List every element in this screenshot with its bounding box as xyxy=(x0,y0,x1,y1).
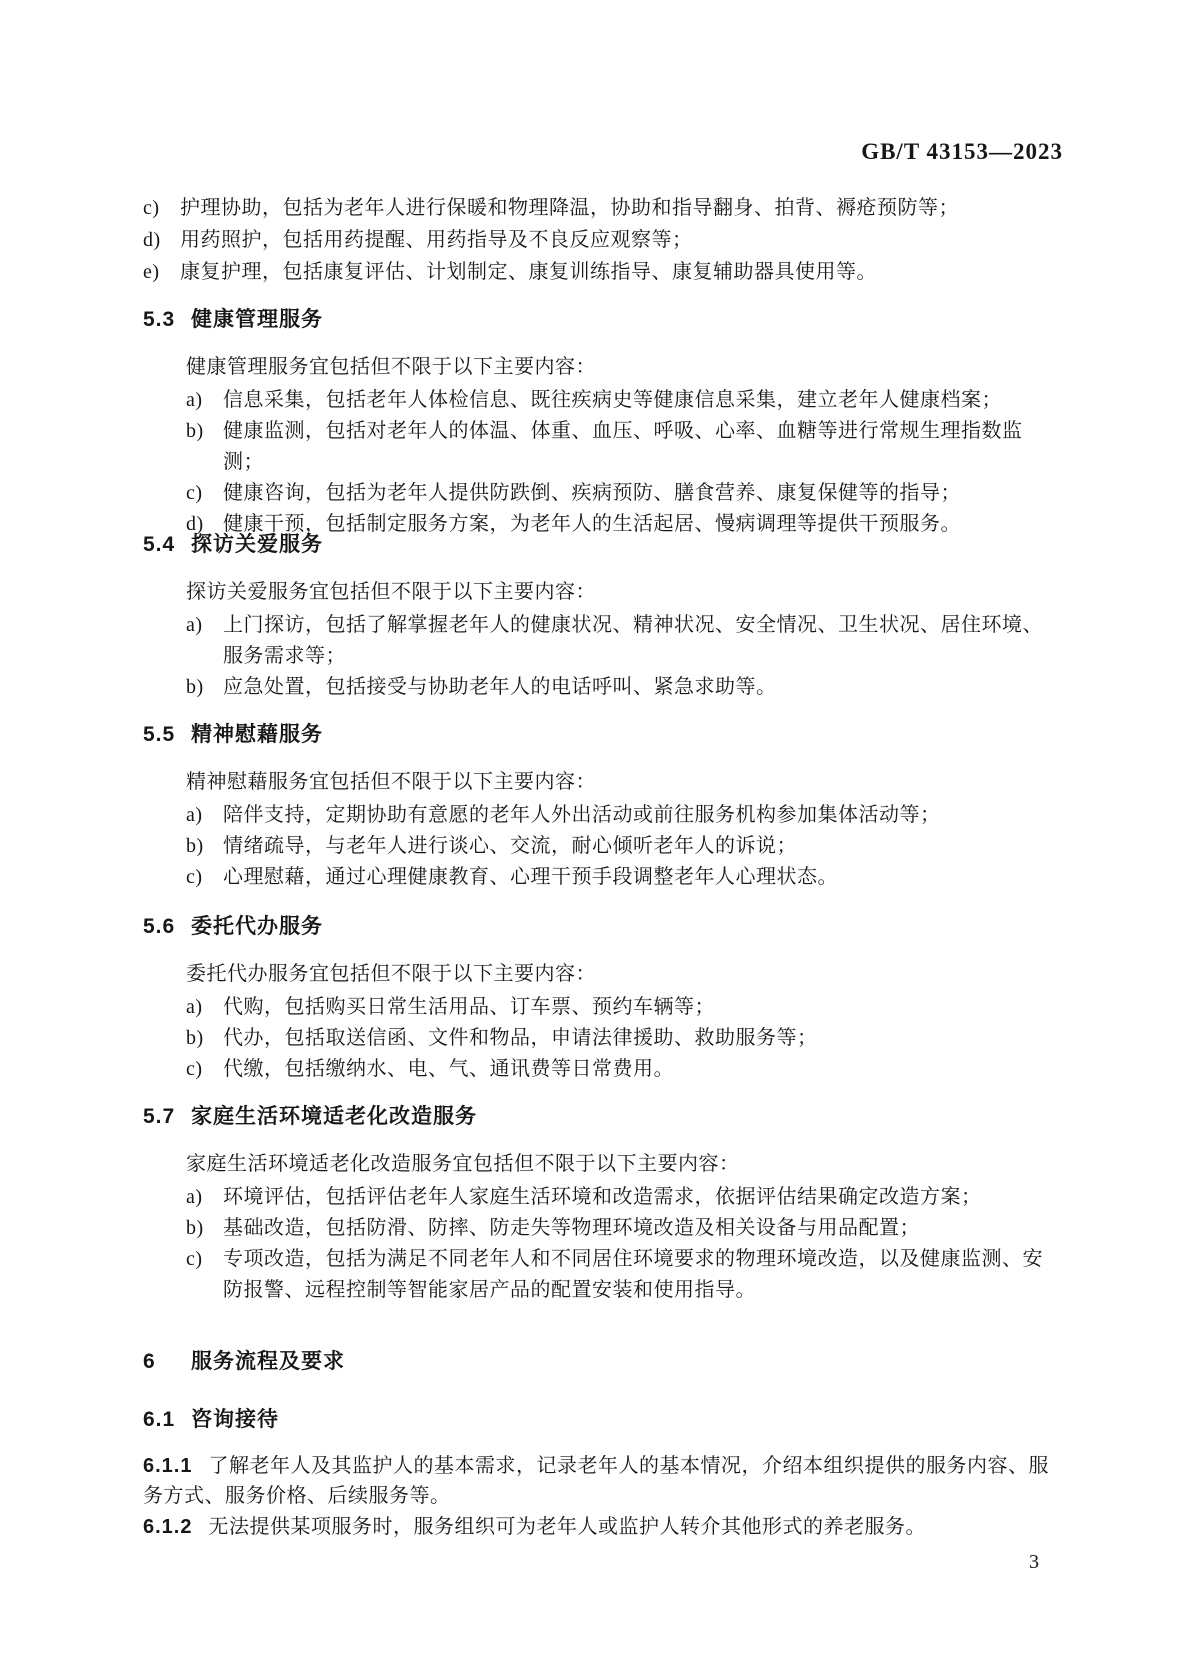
list-item-text: 上门探访，包括了解掌握老年人的健康状况、精神状况、安全情况、卫生状况、居住环境、… xyxy=(223,610,1063,672)
section-list: a) 环境评估，包括评估老年人家庭生活环境和改造需求，依据评估结果确定改造方案；… xyxy=(143,1182,1063,1306)
clause-6-1-1: 6.1.1了解老年人及其监护人的基本需求，记录老年人的基本情况，介绍本组织提供的… xyxy=(143,1451,1063,1511)
section-number: 5.4 xyxy=(143,531,191,559)
list-item-text: 代办，包括取送信函、文件和物品，申请法律援助、救助服务等； xyxy=(223,1023,1063,1054)
clause-6-1-2: 6.1.2无法提供某项服务时，服务组织可为老年人或监护人转介其他形式的养老服务。 xyxy=(143,1512,1063,1542)
section-list: a) 上门探访，包括了解掌握老年人的健康状况、精神状况、安全情况、卫生状况、居住… xyxy=(143,610,1063,703)
list-item-marker: a) xyxy=(186,385,223,416)
section-5-3: 5.3 健康管理服务 健康管理服务宜包括但不限于以下主要内容： a) 信息采集，… xyxy=(143,306,1063,540)
list-item-marker: b) xyxy=(186,416,223,478)
list-item-text: 代缴，包括缴纳水、电、气、通讯费等日常费用。 xyxy=(223,1054,1063,1085)
section-number: 6.1 xyxy=(143,1406,191,1434)
list-item-marker: b) xyxy=(186,831,223,862)
list-item-marker: c) xyxy=(186,478,223,509)
section-title: 健康管理服务 xyxy=(191,306,323,334)
document-page: GB/T 43153—2023 c) 护理协助，包括为老年人进行保暖和物理降温，… xyxy=(0,0,1190,1680)
list-item: b) 情绪疏导，与老年人进行谈心、交流，耐心倾听老年人的诉说； xyxy=(186,831,1063,862)
list-item-marker: a) xyxy=(186,1182,223,1213)
list-item: a) 环境评估，包括评估老年人家庭生活环境和改造需求，依据评估结果确定改造方案； xyxy=(186,1182,1063,1213)
standard-code: GB/T 43153—2023 xyxy=(143,139,1063,165)
list-item: a) 陪伴支持，定期协助有意愿的老年人外出活动或前往服务机构参加集体活动等； xyxy=(186,800,1063,831)
clause-text: 无法提供某项服务时，服务组织可为老年人或监护人转介其他形式的养老服务。 xyxy=(208,1516,926,1538)
list-item: c) 代缴，包括缴纳水、电、气、通讯费等日常费用。 xyxy=(186,1054,1063,1085)
list-item: c) 专项改造，包括为满足不同老年人和不同居住环境要求的物理环境改造，以及健康监… xyxy=(186,1244,1063,1306)
list-item-marker: c) xyxy=(143,192,180,224)
list-item: c) 护理协助，包括为老年人进行保暖和物理降温，协助和指导翻身、拍背、褥疮预防等… xyxy=(143,192,1063,224)
list-item-marker: c) xyxy=(186,1244,223,1306)
list-item-text: 用药照护，包括用药提醒、用药指导及不良反应观察等； xyxy=(180,224,1063,256)
section-heading: 5.5 精神慰藉服务 xyxy=(143,721,1063,749)
section-heading: 5.6 委托代办服务 xyxy=(143,913,1063,941)
list-item: e) 康复护理，包括康复评估、计划制定、康复训练指导、康复辅助器具使用等。 xyxy=(143,256,1063,288)
list-item-text: 情绪疏导，与老年人进行谈心、交流，耐心倾听老年人的诉说； xyxy=(223,831,1063,862)
section-5-7: 5.7 家庭生活环境适老化改造服务 家庭生活环境适老化改造服务宜包括但不限于以下… xyxy=(143,1103,1063,1306)
list-item-marker: b) xyxy=(186,672,223,703)
section-number: 5.7 xyxy=(143,1103,191,1131)
section-list: a) 信息采集，包括老年人体检信息、既往疾病史等健康信息采集，建立老年人健康档案… xyxy=(143,385,1063,540)
list-item-text: 代购，包括购买日常生活用品、订车票、预约车辆等； xyxy=(223,992,1063,1023)
section-intro: 委托代办服务宜包括但不限于以下主要内容： xyxy=(143,960,1063,988)
section-title: 委托代办服务 xyxy=(191,913,323,941)
list-item-marker: c) xyxy=(186,862,223,893)
list-item-marker: c) xyxy=(186,1054,223,1085)
section-5-5: 5.5 精神慰藉服务 精神慰藉服务宜包括但不限于以下主要内容： a) 陪伴支持，… xyxy=(143,721,1063,893)
list-item-marker: b) xyxy=(186,1213,223,1244)
chapter-title: 服务流程及要求 xyxy=(191,1348,345,1376)
section-heading: 5.4 探访关爱服务 xyxy=(143,531,1063,559)
clause-number: 6.1.2 xyxy=(143,1516,192,1538)
section-intro: 精神慰藉服务宜包括但不限于以下主要内容： xyxy=(143,768,1063,796)
list-item-marker: b) xyxy=(186,1023,223,1054)
section-number: 5.6 xyxy=(143,913,191,941)
page-number: 3 xyxy=(1014,1548,1054,1576)
list-item-text: 环境评估，包括评估老年人家庭生活环境和改造需求，依据评估结果确定改造方案； xyxy=(223,1182,1063,1213)
section-title: 家庭生活环境适老化改造服务 xyxy=(191,1103,477,1131)
section-list: a) 代购，包括购买日常生活用品、订车票、预约车辆等； b) 代办，包括取送信函… xyxy=(143,992,1063,1085)
section-heading: 5.3 健康管理服务 xyxy=(143,306,1063,334)
list-item: a) 上门探访，包括了解掌握老年人的健康状况、精神状况、安全情况、卫生状况、居住… xyxy=(186,610,1063,672)
list-item-text: 信息采集，包括老年人体检信息、既往疾病史等健康信息采集，建立老年人健康档案； xyxy=(223,385,1063,416)
section-number: 5.3 xyxy=(143,306,191,334)
list-item-text: 陪伴支持，定期协助有意愿的老年人外出活动或前往服务机构参加集体活动等； xyxy=(223,800,1063,831)
list-item: b) 代办，包括取送信函、文件和物品，申请法律援助、救助服务等； xyxy=(186,1023,1063,1054)
list-item-text: 护理协助，包括为老年人进行保暖和物理降温，协助和指导翻身、拍背、褥疮预防等； xyxy=(180,192,1063,224)
list-item-text: 专项改造，包括为满足不同老年人和不同居住环境要求的物理环境改造，以及健康监测、安… xyxy=(223,1244,1063,1306)
section-number: 5.5 xyxy=(143,721,191,749)
list-item-marker: a) xyxy=(186,800,223,831)
list-item-marker: d) xyxy=(143,224,180,256)
list-item-text: 健康监测，包括对老年人的体温、体重、血压、呼吸、心率、血糖等进行常规生理指数监测… xyxy=(223,416,1063,478)
section-heading: 6.1 咨询接待 xyxy=(143,1406,1063,1434)
section-6-1-heading-block: 6.1 咨询接待 xyxy=(143,1406,1063,1434)
section-5-4: 5.4 探访关爱服务 探访关爱服务宜包括但不限于以下主要内容： a) 上门探访，… xyxy=(143,531,1063,703)
list-item: a) 信息采集，包括老年人体检信息、既往疾病史等健康信息采集，建立老年人健康档案… xyxy=(186,385,1063,416)
list-item: b) 基础改造，包括防滑、防摔、防走失等物理环境改造及相关设备与用品配置； xyxy=(186,1213,1063,1244)
chapter-number: 6 xyxy=(143,1348,191,1376)
list-item: c) 健康咨询，包括为老年人提供防跌倒、疾病预防、膳食营养、康复保健等的指导； xyxy=(186,478,1063,509)
section-heading: 5.7 家庭生活环境适老化改造服务 xyxy=(143,1103,1063,1131)
clause-text: 了解老年人及其监护人的基本需求，记录老年人的基本情况，介绍本组织提供的服务内容、… xyxy=(143,1455,1049,1507)
section-intro: 探访关爱服务宜包括但不限于以下主要内容： xyxy=(143,578,1063,606)
list-item-text: 心理慰藉，通过心理健康教育、心理干预手段调整老年人心理状态。 xyxy=(223,862,1063,893)
list-item: d) 用药照护，包括用药提醒、用药指导及不良反应观察等； xyxy=(143,224,1063,256)
carryover-list: c) 护理协助，包括为老年人进行保暖和物理降温，协助和指导翻身、拍背、褥疮预防等… xyxy=(143,192,1063,288)
list-item: b) 应急处置，包括接受与协助老年人的电话呼叫、紧急求助等。 xyxy=(186,672,1063,703)
list-item-marker: a) xyxy=(186,610,223,672)
list-item-text: 健康咨询，包括为老年人提供防跌倒、疾病预防、膳食营养、康复保健等的指导； xyxy=(223,478,1063,509)
section-title: 精神慰藉服务 xyxy=(191,721,323,749)
section-intro: 健康管理服务宜包括但不限于以下主要内容： xyxy=(143,353,1063,381)
chapter-6-heading-block: 6 服务流程及要求 xyxy=(143,1348,1063,1376)
list-item-text: 应急处置，包括接受与协助老年人的电话呼叫、紧急求助等。 xyxy=(223,672,1063,703)
section-5-6: 5.6 委托代办服务 委托代办服务宜包括但不限于以下主要内容： a) 代购，包括… xyxy=(143,913,1063,1085)
list-item-marker: e) xyxy=(143,256,180,288)
list-item-text: 康复护理，包括康复评估、计划制定、康复训练指导、康复辅助器具使用等。 xyxy=(180,256,1063,288)
clause-number: 6.1.1 xyxy=(143,1455,192,1477)
list-item: b) 健康监测，包括对老年人的体温、体重、血压、呼吸、心率、血糖等进行常规生理指… xyxy=(186,416,1063,478)
section-title: 探访关爱服务 xyxy=(191,531,323,559)
section-list: a) 陪伴支持，定期协助有意愿的老年人外出活动或前往服务机构参加集体活动等； b… xyxy=(143,800,1063,893)
list-item-marker: a) xyxy=(186,992,223,1023)
section-intro: 家庭生活环境适老化改造服务宜包括但不限于以下主要内容： xyxy=(143,1150,1063,1178)
list-item-text: 基础改造，包括防滑、防摔、防走失等物理环境改造及相关设备与用品配置； xyxy=(223,1213,1063,1244)
chapter-heading: 6 服务流程及要求 xyxy=(143,1348,1063,1376)
list-item: c) 心理慰藉，通过心理健康教育、心理干预手段调整老年人心理状态。 xyxy=(186,862,1063,893)
section-title: 咨询接待 xyxy=(191,1406,279,1434)
list-item: a) 代购，包括购买日常生活用品、订车票、预约车辆等； xyxy=(186,992,1063,1023)
